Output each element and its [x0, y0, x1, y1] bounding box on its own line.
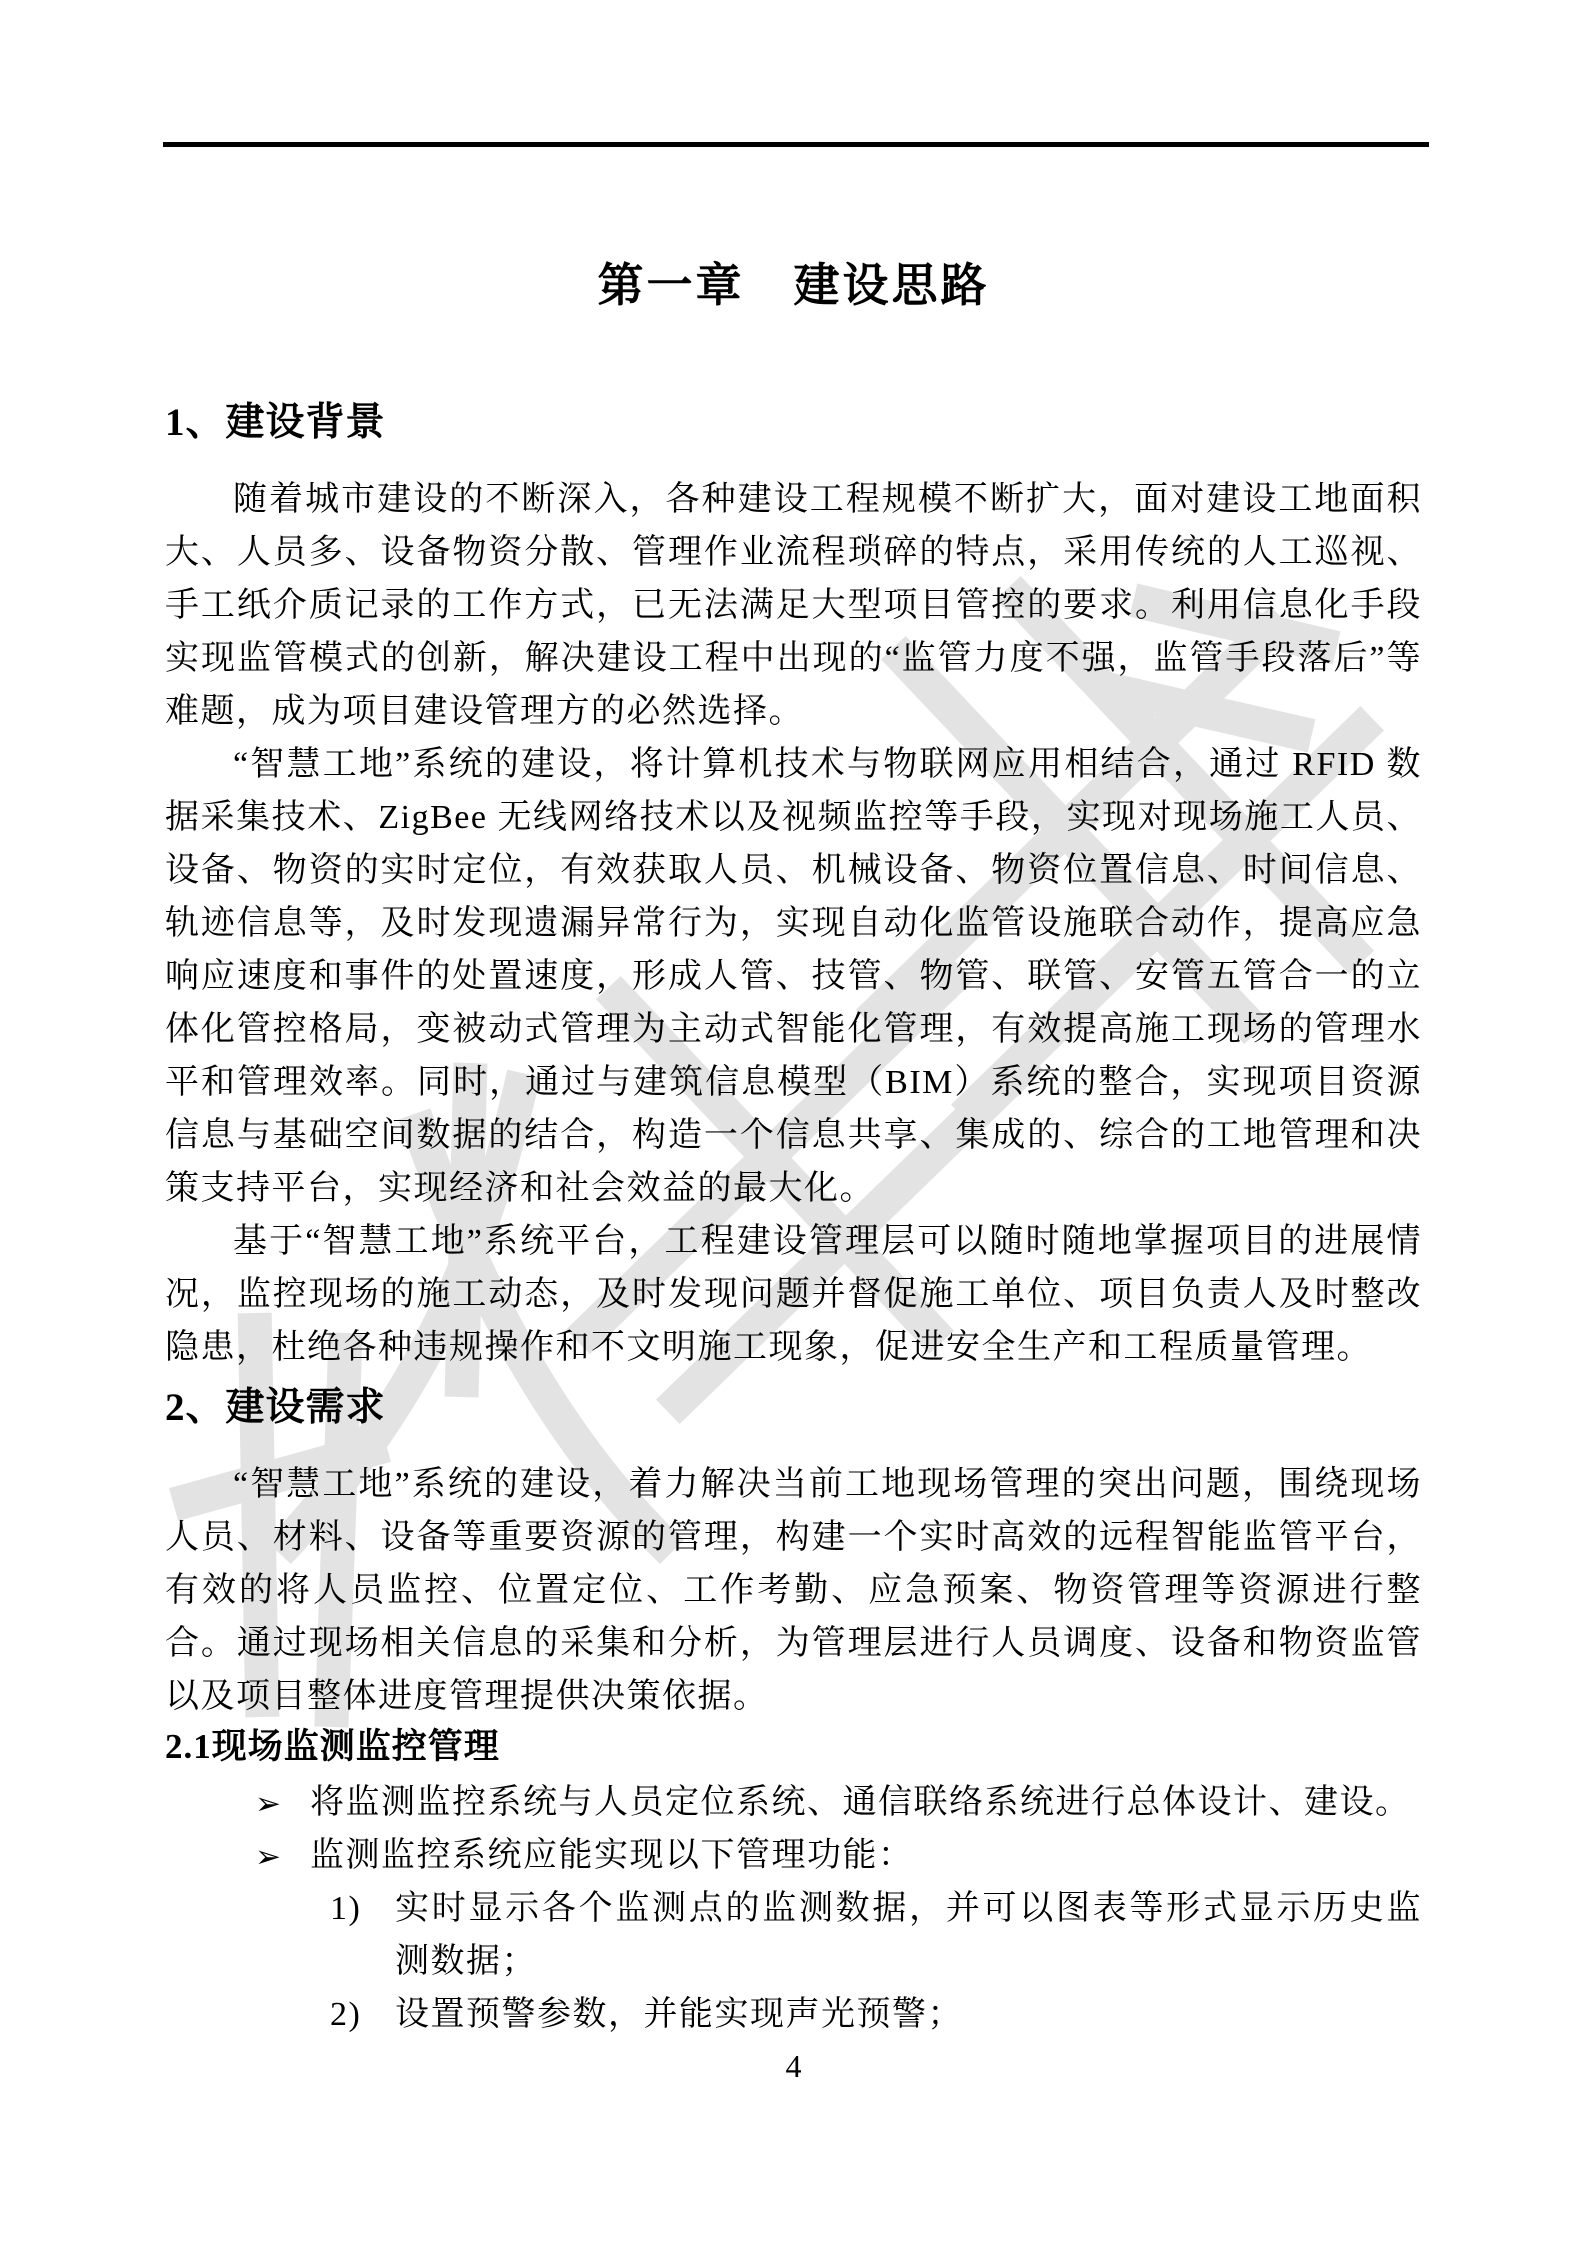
- section-heading-requirements: 2、建设需求: [165, 1383, 1422, 1433]
- item-number: 2): [330, 1988, 361, 2041]
- document-page: 第一章 建设思路 1、建设背景 随着城市建设的不断深入，各种建设工程规模不断扩大…: [0, 0, 1587, 2245]
- paragraph: “智慧工地”系统的建设，将计算机技术与物联网应用相结合，通过 RFID 数据采集…: [165, 738, 1422, 1215]
- document-content: 第一章 建设思路 1、建设背景 随着城市建设的不断深入，各种建设工程规模不断扩大…: [165, 0, 1422, 2041]
- item-number: 1): [330, 1882, 361, 1935]
- header-rule: [163, 142, 1429, 147]
- arrow-bullet-icon: ➢: [255, 1830, 282, 1883]
- chapter-title: 第一章 建设思路: [165, 258, 1422, 314]
- bullet-text: 将监测监控系统与人员定位系统、通信联络系统进行总体设计、建设。: [310, 1784, 1411, 1821]
- numbered-item: 2) 设置预警参数，并能实现声光预警；: [165, 1988, 1422, 2041]
- numbered-item-text: 设置预警参数，并能实现声光预警；: [395, 1996, 963, 2033]
- section-heading-background: 1、建设背景: [165, 398, 1422, 448]
- bullet-text: 监测监控系统应能实现以下管理功能：: [310, 1837, 914, 1874]
- bullet-item: ➢ 监测监控系统应能实现以下管理功能：: [165, 1829, 1422, 1882]
- paragraph: 基于“智慧工地”系统平台，工程建设管理层可以随时随地掌握项目的进展情况，监控现场…: [165, 1215, 1422, 1374]
- numbered-item-text: 实时显示各个监测点的监测数据，并可以图表等形式显示历史监测数据；: [395, 1890, 1422, 1980]
- arrow-bullet-icon: ➢: [255, 1777, 282, 1830]
- subsection-heading-monitoring: 2.1现场监测监控管理: [165, 1723, 1422, 1770]
- page-number: 4: [0, 2046, 1587, 2086]
- paragraph: “智慧工地”系统的建设，着力解决当前工地现场管理的突出问题，围绕现场人员、材料、…: [165, 1458, 1422, 1723]
- numbered-item: 1) 实时显示各个监测点的监测数据，并可以图表等形式显示历史监测数据；: [165, 1882, 1422, 1988]
- paragraph: 随着城市建设的不断深入，各种建设工程规模不断扩大，面对建设工地面积大、人员多、设…: [165, 473, 1422, 738]
- bullet-item: ➢ 将监测监控系统与人员定位系统、通信联络系统进行总体设计、建设。: [165, 1776, 1422, 1829]
